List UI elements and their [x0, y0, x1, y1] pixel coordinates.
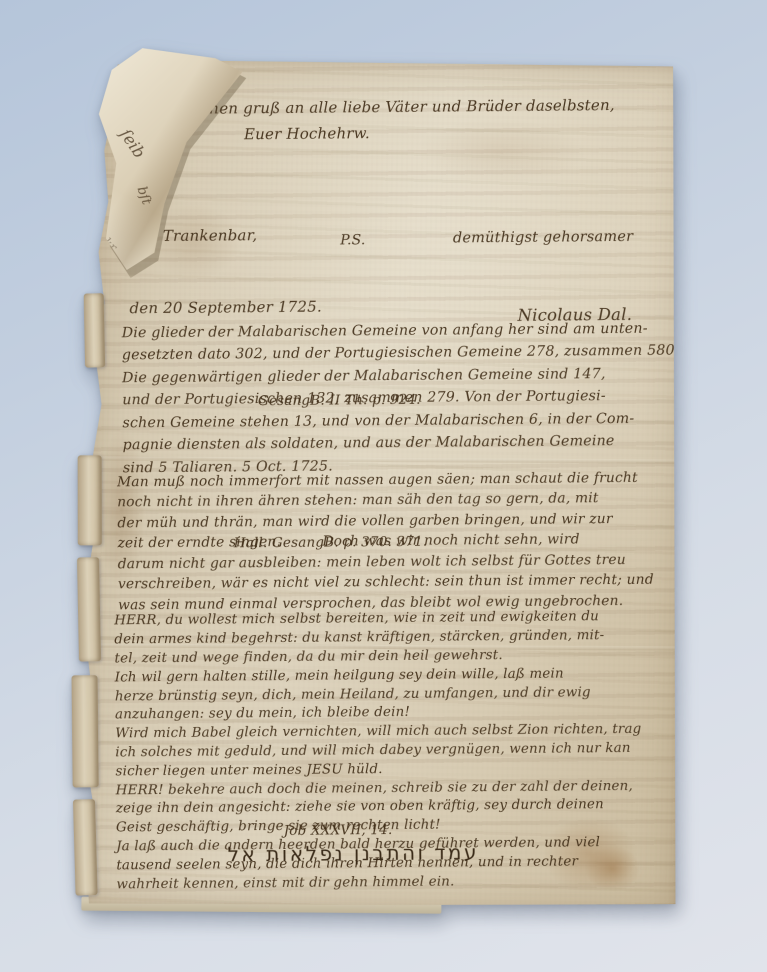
torn-edge-stub — [84, 293, 105, 367]
hebrew-verse: עמד והתבנן נפלאות אל — [90, 839, 616, 868]
torn-edge-stub — [73, 799, 98, 896]
manuscript-line: wahrheit kennen, einst mit dir gehn himm… — [116, 871, 642, 894]
ink-fragment: bſt — [134, 185, 154, 207]
manuscript-photo: nd herzlichen gruß an alle liebe Väter u… — [0, 0, 767, 972]
ink-fragment: ſeib — [116, 125, 149, 161]
torn-edge-stub — [72, 675, 99, 787]
torn-edge-stub — [77, 557, 101, 661]
torn-edge-stub — [78, 455, 102, 545]
letter-page: nd herzlichen gruß an alle liebe Väter u… — [79, 57, 688, 912]
